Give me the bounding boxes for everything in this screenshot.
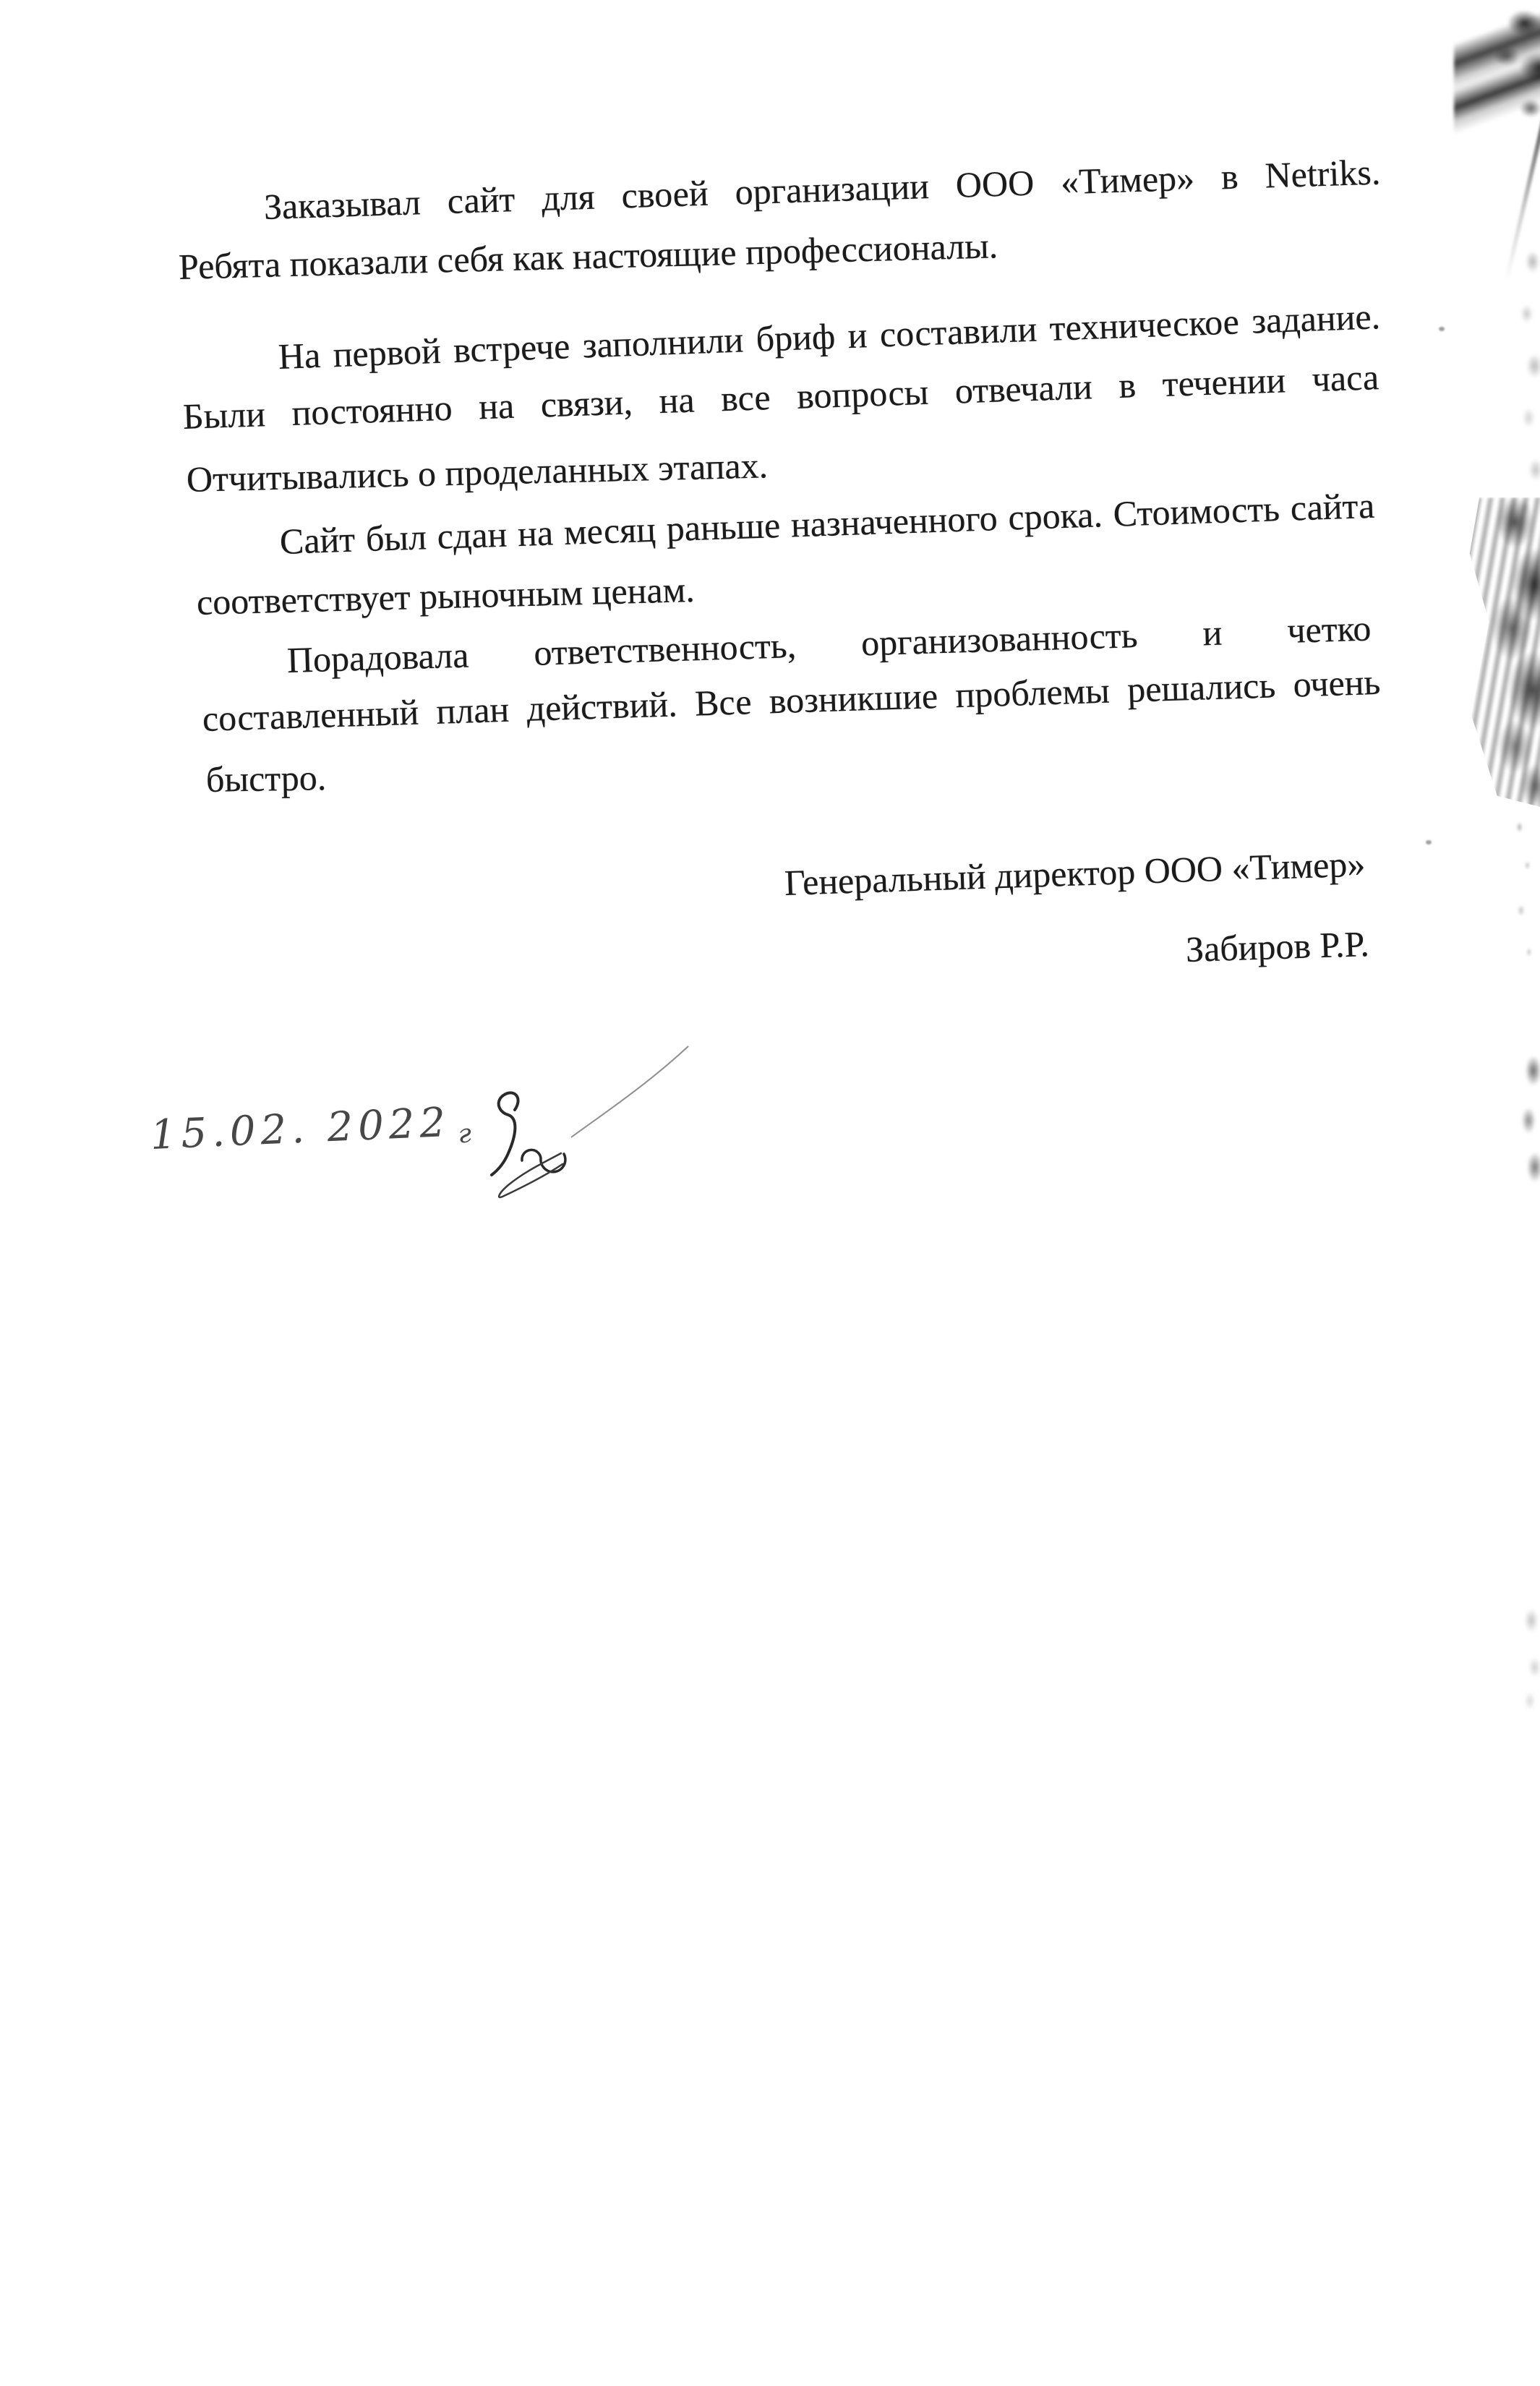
scan-smudge-streak [1505, 110, 1540, 280]
scan-smudge-lower [1514, 1587, 1540, 1721]
scan-smudge-large [1465, 497, 1540, 808]
signature-loops-stroke [522, 1150, 565, 1171]
handwritten-date: 15.02. 2022г [149, 1098, 471, 1163]
signature-tail-stroke [499, 1153, 562, 1197]
scan-smudge-top-right [1454, 0, 1540, 133]
scan-smudge-specks [1507, 810, 1539, 983]
scan-speck [1426, 840, 1432, 844]
paragraph-line: быстро. [205, 755, 326, 802]
signer-name: Забиров Р.Р. [1185, 921, 1370, 972]
handwritten-signature [434, 1016, 723, 1211]
signature-letter-stroke [492, 1092, 518, 1175]
handwritten-date-value: 15.02. 2022 [149, 1099, 451, 1159]
paragraph-line: Отчитывались о проделанных этапах. [186, 442, 768, 502]
scan-smudge-middle [1511, 1040, 1540, 1195]
signature-flourish-stroke [571, 1046, 688, 1137]
signer-role: Генеральный директор ООО «Тимер» [784, 841, 1366, 905]
paragraph-line: Заказывал сайт для своей организации ООО… [263, 149, 1381, 231]
scan-speck [1439, 327, 1445, 331]
paragraph-line: соответствует рыночным ценам. [196, 567, 695, 625]
scan-smudge-mottle [1505, 239, 1540, 528]
scanned-letter-page: Заказывал сайт для своей организации ООО… [0, 0, 1540, 2386]
paragraph-line: Ребята показали себя как настоящие профе… [178, 223, 998, 289]
